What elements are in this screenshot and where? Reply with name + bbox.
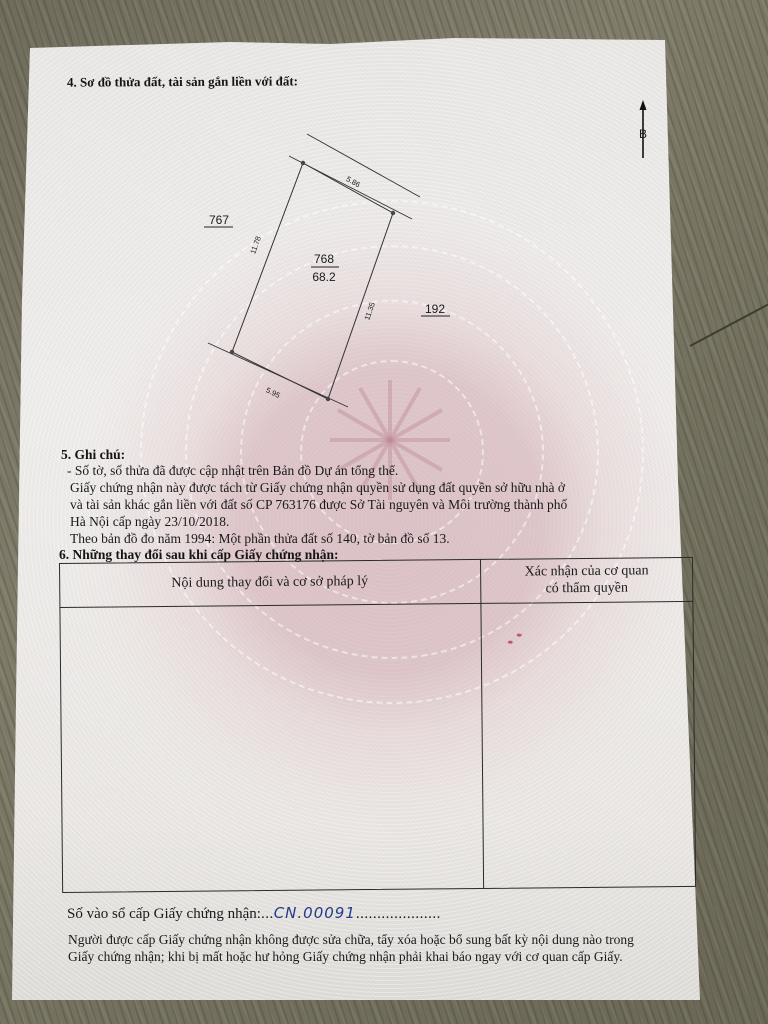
changes-table: Nội dung thay đổi và cơ sở pháp lý Xác n… <box>59 557 696 893</box>
edge-right-length: 11.35 <box>362 301 376 321</box>
ink-mark <box>517 634 522 637</box>
registry-number-handwritten: CN.00091 <box>274 904 356 922</box>
leader-dots: .................... <box>356 906 441 922</box>
north-arrow-icon: B <box>639 100 647 158</box>
column-header-confirmation-line1: Xác nhận của cơ quan <box>480 562 693 581</box>
note-line: Hà Nội cấp ngày 23/10/2018. <box>70 514 229 530</box>
note-line: Theo bản đồ đo năm 1994: Một phần thửa đ… <box>70 531 450 547</box>
warning-line: Giấy chứng nhận; khi bị mất hoặc hư hỏng… <box>68 949 623 965</box>
edge-bottom-length: 5.95 <box>265 386 282 400</box>
note-line: và tài sản khác gắn liền với đất số CP 7… <box>70 497 567 513</box>
warning-line: Người được cấp Giấy chứng nhận không đượ… <box>68 932 634 948</box>
neighbor-parcel-right: 192 <box>425 302 445 316</box>
parcel-area: 68.2 <box>312 270 336 284</box>
leader-dots: ... <box>261 906 274 922</box>
table-border <box>59 557 696 893</box>
note-line: - Số tờ, số thửa đã được cập nhật trên B… <box>67 463 398 479</box>
neighbor-parcel-left: 767 <box>209 213 229 227</box>
note-line: Giấy chứng nhận này được tách từ Giấy ch… <box>70 480 565 496</box>
column-header-confirmation: Xác nhận của cơ quan có thẩm quyền <box>480 562 693 598</box>
north-label: B <box>639 127 647 141</box>
section-5-heading: 5. Ghi chú: <box>61 447 125 463</box>
registry-label: Số vào sổ cấp Giấy chứng nhận: <box>67 906 261 922</box>
ink-mark <box>508 641 513 644</box>
column-header-confirmation-line2: có thẩm quyền <box>480 579 693 598</box>
registry-number-line: Số vào sổ cấp Giấy chứng nhận:...CN.0009… <box>67 904 441 923</box>
parcel-number: 768 <box>314 252 334 266</box>
edge-left-length: 11.78 <box>248 235 263 255</box>
